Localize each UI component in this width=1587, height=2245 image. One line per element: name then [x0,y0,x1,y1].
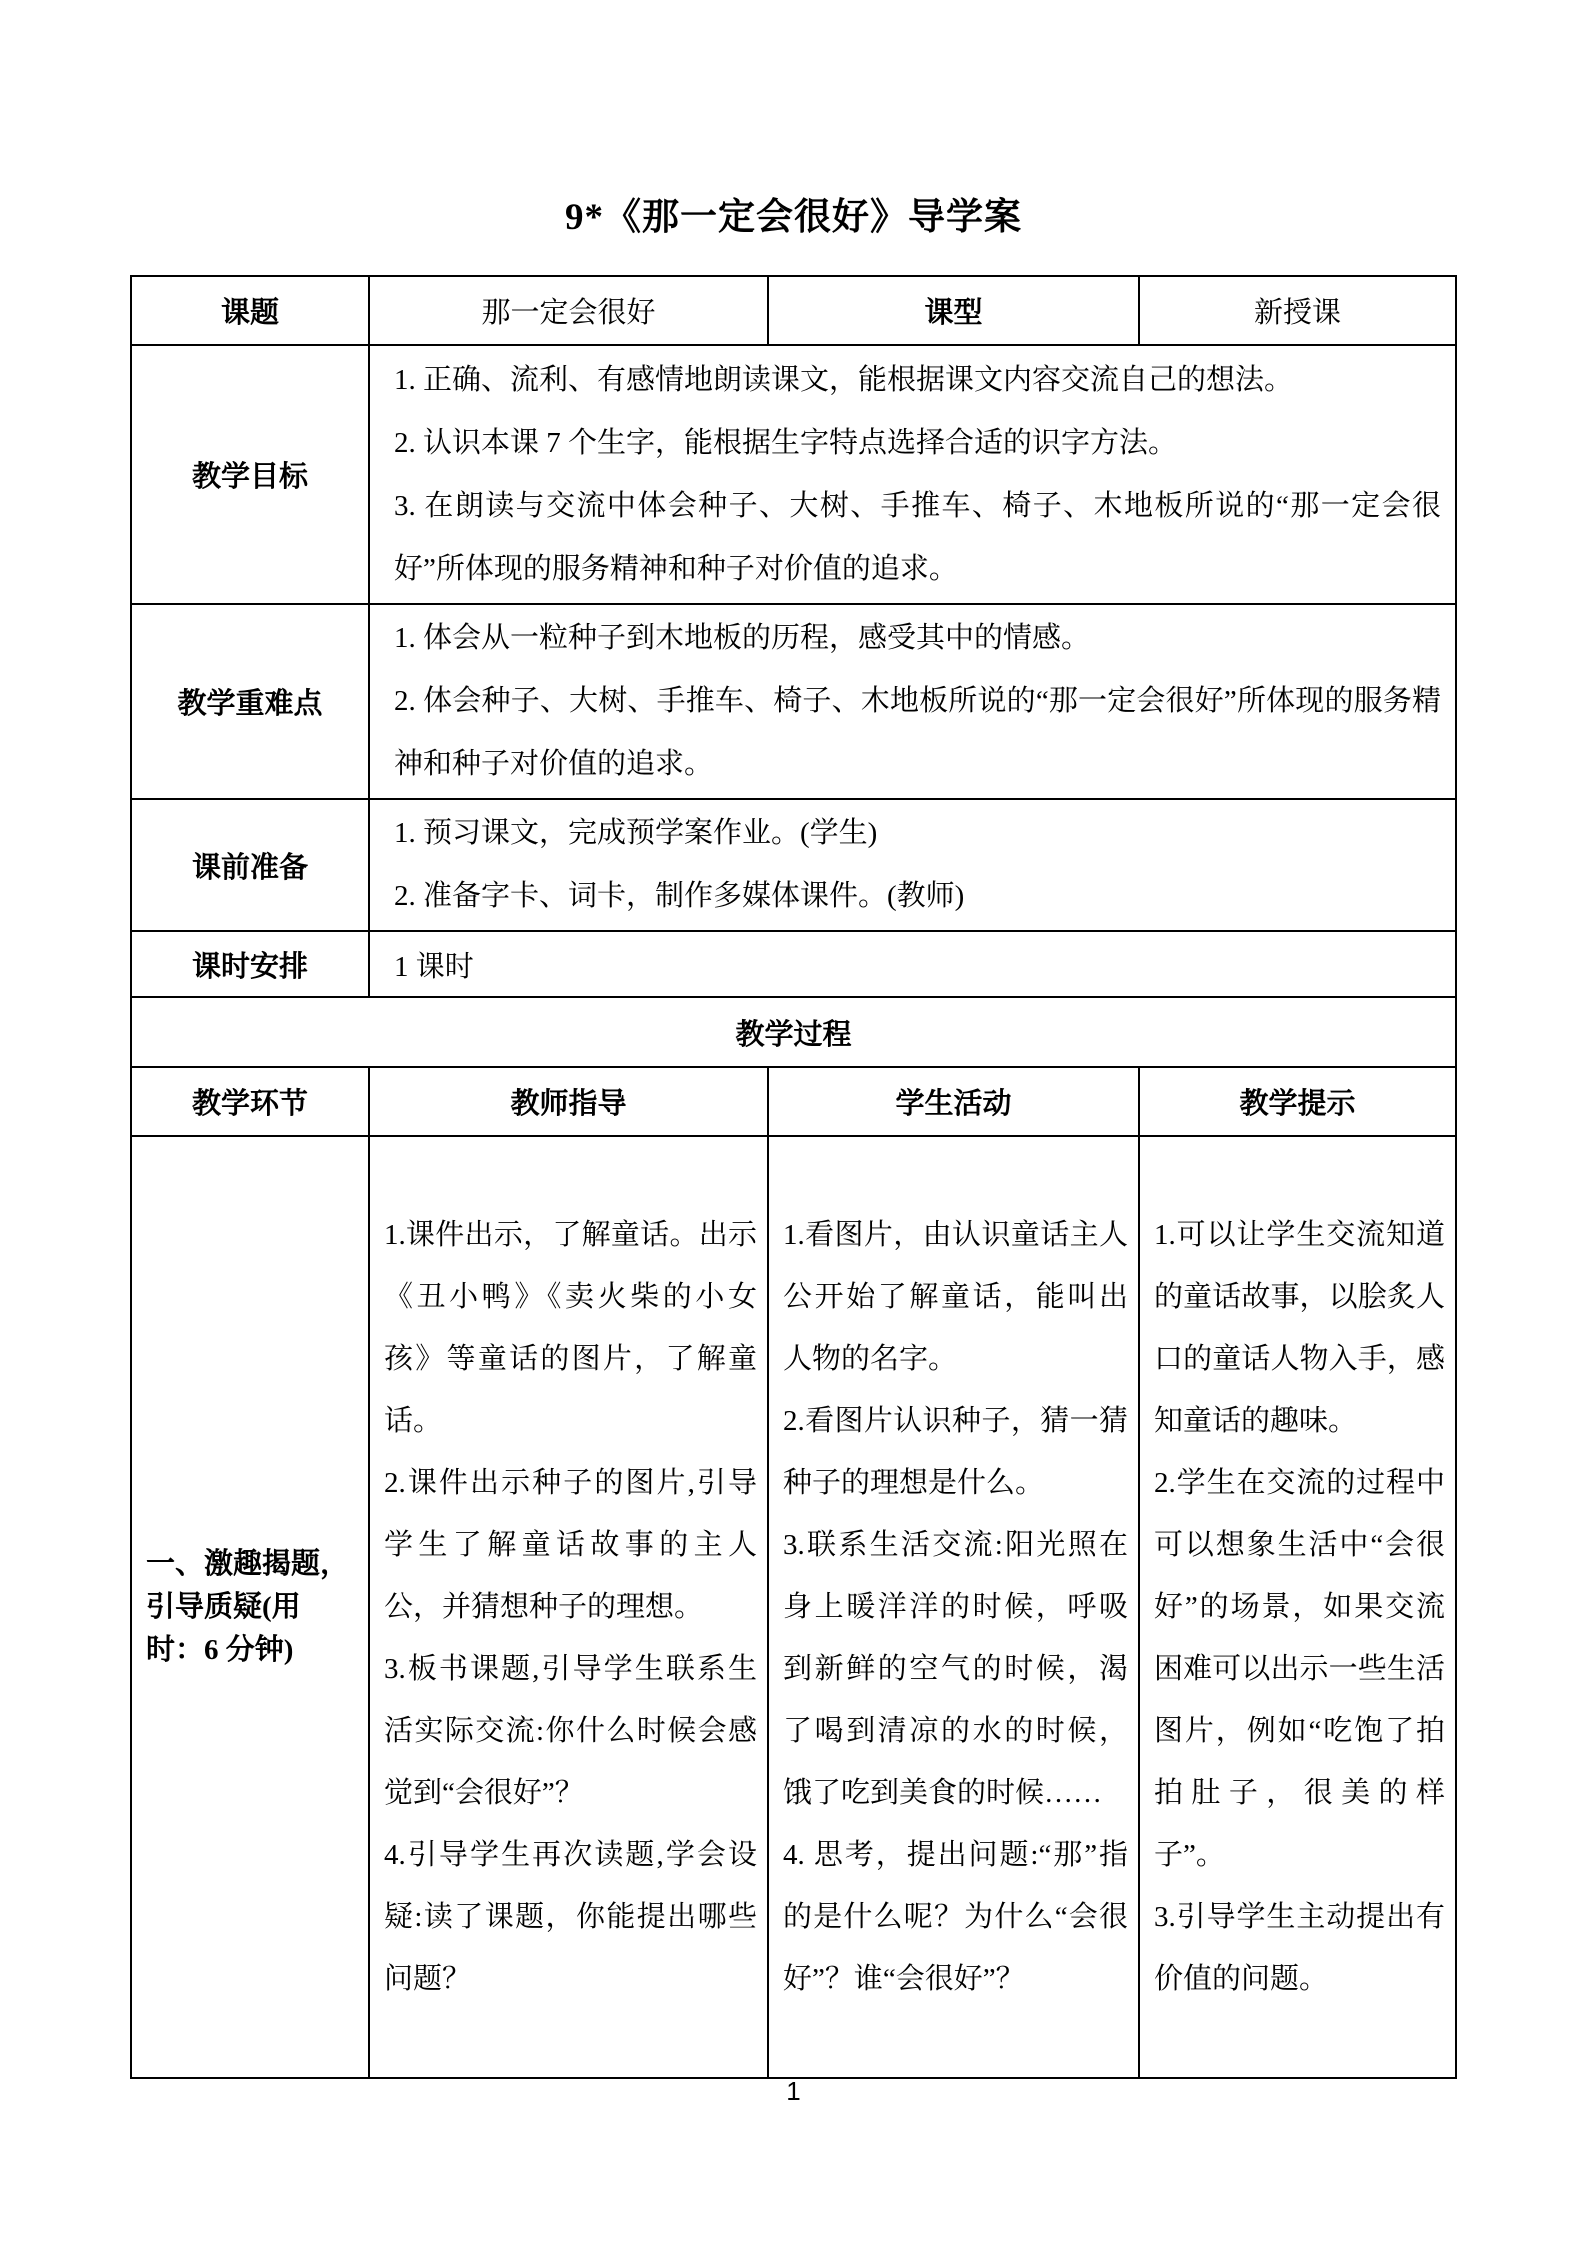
objectives-content: 1. 正确、流利、有感情地朗读课文，能根据课文内容交流自己的想法。 2. 认识本… [369,345,1456,604]
table-row: 课时安排 1 课时 [131,931,1456,997]
table-row: 教学过程 [131,997,1456,1067]
lesson-plan-table: 课题 那一定会很好 课型 新授课 教学目标 1. 正确、流利、有感情地朗读课文，… [130,275,1457,2079]
subject-label: 课题 [131,276,369,345]
objectives-label: 教学目标 [131,345,369,604]
column-header-teacher: 教师指导 [369,1067,768,1136]
schedule-value: 1 课时 [369,931,1456,997]
table-row: 教学环节 教师指导 学生活动 教学提示 [131,1067,1456,1136]
key-points-label: 教学重难点 [131,604,369,799]
teacher-guidance-item: 1.课件出示，了解童话。出示《丑小鸭》《卖火柴的小女孩》等童话的图片，了解童话。 [384,1204,757,1452]
stage-name: 一、激趣揭题，引导质疑(用时：6 分钟) [131,1136,369,2078]
objective-item: 2. 认识本课 7 个生字，能根据生字特点选择合适的识字方法。 [394,412,1441,475]
table-row: 教学重难点 1. 体会从一粒种子到木地板的历程，感受其中的情感。 2. 体会种子… [131,604,1456,799]
page-number: 1 [0,2076,1587,2107]
page-title: 9*《那一定会很好》导学案 [0,186,1587,240]
student-activity-item: 4. 思考，提出问题:“那”指的是什么呢？为什么“会很好”？谁“会很好”？ [783,1824,1128,2010]
subject-value: 那一定会很好 [369,276,768,345]
schedule-label: 课时安排 [131,931,369,997]
process-section-title: 教学过程 [131,997,1456,1067]
table-row: 一、激趣揭题，引导质疑(用时：6 分钟) 1.课件出示，了解童话。出示《丑小鸭》… [131,1136,1456,2078]
teacher-guidance-cell: 1.课件出示，了解童话。出示《丑小鸭》《卖火柴的小女孩》等童话的图片，了解童话。… [369,1136,768,2078]
teaching-tip-item: 3.引导学生主动提出有价值的问题。 [1154,1886,1445,2010]
teacher-guidance-item: 3.板书课题,引导学生联系生活实际交流:你什么时候会感觉到“会很好”？ [384,1638,757,1824]
course-type-value: 新授课 [1139,276,1456,345]
student-activity-cell: 1.看图片，由认识童话主人公开始了解童话，能叫出人物的名字。 2.看图片认识种子… [768,1136,1139,2078]
key-point-item: 2. 体会种子、大树、手推车、椅子、木地板所说的“那一定会很好”所体现的服务精神… [394,670,1441,796]
lesson-plan-page: 9*《那一定会很好》导学案 课题 那一定会很好 课型 新授课 教学目标 1. 正… [0,0,1587,2245]
teaching-tips-cell: 1.可以让学生交流知道的童话故事，以脍炙人口的童话人物入手，感知童话的趣味。 2… [1139,1136,1456,2078]
objective-item: 1. 正确、流利、有感情地朗读课文，能根据课文内容交流自己的想法。 [394,349,1441,412]
table-row: 课前准备 1. 预习课文，完成预学案作业。(学生) 2. 准备字卡、词卡，制作多… [131,799,1456,931]
teacher-guidance-item: 2.课件出示种子的图片,引导学生了解童话故事的主人公，并猜想种子的理想。 [384,1452,757,1638]
objective-item: 3. 在朗读与交流中体会种子、大树、手推车、椅子、木地板所说的“那一定会很好”所… [394,475,1441,601]
table-row: 教学目标 1. 正确、流利、有感情地朗读课文，能根据课文内容交流自己的想法。 2… [131,345,1456,604]
table-row: 课题 那一定会很好 课型 新授课 [131,276,1456,345]
course-type-label: 课型 [768,276,1139,345]
column-header-stage: 教学环节 [131,1067,369,1136]
teaching-tip-item: 2.学生在交流的过程中可以想象生活中“会很好”的场景，如果交流困难可以出示一些生… [1154,1452,1445,1886]
preparation-content: 1. 预习课文，完成预学案作业。(学生) 2. 准备字卡、词卡，制作多媒体课件。… [369,799,1456,931]
student-activity-item: 2.看图片认识种子，猜一猜种子的理想是什么。 [783,1390,1128,1514]
key-point-item: 1. 体会从一粒种子到木地板的历程，感受其中的情感。 [394,607,1441,670]
preparation-item: 1. 预习课文，完成预学案作业。(学生) [394,802,1441,865]
preparation-item: 2. 准备字卡、词卡，制作多媒体课件。(教师) [394,865,1441,928]
column-header-tips: 教学提示 [1139,1067,1456,1136]
student-activity-item: 3.联系生活交流:阳光照在身上暖洋洋的时候，呼吸到新鲜的空气的时候，渴了喝到清凉… [783,1514,1128,1824]
column-header-student: 学生活动 [768,1067,1139,1136]
student-activity-item: 1.看图片，由认识童话主人公开始了解童话，能叫出人物的名字。 [783,1204,1128,1390]
key-points-content: 1. 体会从一粒种子到木地板的历程，感受其中的情感。 2. 体会种子、大树、手推… [369,604,1456,799]
preparation-label: 课前准备 [131,799,369,931]
teaching-tip-item: 1.可以让学生交流知道的童话故事，以脍炙人口的童话人物入手，感知童话的趣味。 [1154,1204,1445,1452]
teacher-guidance-item: 4.引导学生再次读题,学会设疑:读了课题，你能提出哪些问题？ [384,1824,757,2010]
